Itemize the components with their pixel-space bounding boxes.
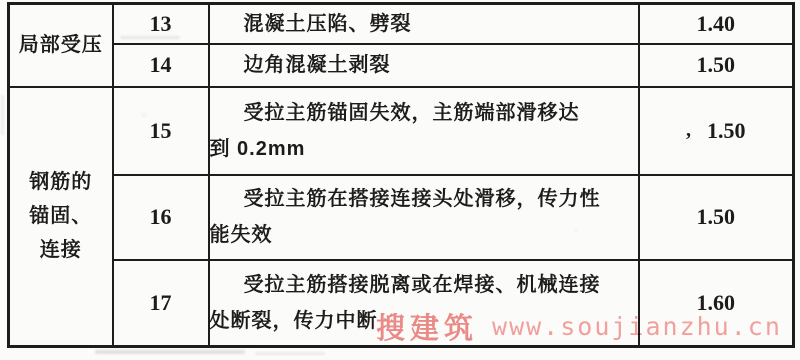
table-row: 钢筋的 锚固、 连接 15 受拉主筋锚固失效，主筋端部滑移达 到 0.2mm ,… [9,87,794,175]
category-label-line: 钢筋的 [10,165,112,199]
scan-smudge [255,352,325,355]
description-line: 受拉主筋搭接脱离或在焊接、机械连接 [210,267,638,303]
coefficient-cell: 1.40 [639,4,794,44]
description-cell: 混凝土压陷、劈裂 [209,4,639,44]
table-row: 16 受拉主筋在搭接连接头处滑移，传力性 能失效 1.50 [9,175,794,260]
scanned-table-page: 局部受压 13 混凝土压陷、劈裂 1.40 14 边角混凝土剥裂 1.50 [0,0,800,360]
category-cell-local-compression: 局部受压 [9,4,113,87]
coefficient-cell: 1.60 [639,260,794,347]
category-label: 局部受压 [10,28,112,62]
description-line: 受拉主筋在搭接连接头处滑移，传力性 [210,181,638,217]
scan-smudge [95,350,245,354]
scan-smudge [120,36,180,39]
description-line: 边角混凝土剥裂 [210,47,638,83]
description-line: 能失效 [210,217,638,253]
coefficient-cell: 1.50 [639,44,794,87]
row-number-cell: 16 [113,175,209,260]
scan-artifact-comma: , [686,119,691,142]
coefficient-cell: ,1.50 [639,87,794,175]
coefficient-value: 1.50 [697,204,736,229]
category-label-line: 锚固、 [10,199,112,233]
description-cell: 受拉主筋锚固失效，主筋端部滑移达 到 0.2mm [209,87,639,175]
coefficient-value: 1.50 [697,52,736,77]
coefficient-value: 1.40 [697,11,736,36]
table-row: 14 边角混凝土剥裂 1.50 [9,44,794,87]
scan-smudge [1,95,4,135]
coefficient-value: 1.60 [697,290,736,315]
description-line: 处断裂，传力中断 [210,303,638,339]
coefficient-cell: 1.50 [639,175,794,260]
row-number-cell: 14 [113,44,209,87]
category-cell-rebar-anchorage: 钢筋的 锚固、 连接 [9,87,113,347]
description-cell: 受拉主筋在搭接连接头处滑移，传力性 能失效 [209,175,639,260]
description-cell: 受拉主筋搭接脱离或在焊接、机械连接 处断裂，传力中断 [209,260,639,347]
description-line: 到 0.2mm [210,131,638,167]
description-cell: 边角混凝土剥裂 [209,44,639,87]
damage-coefficient-table: 局部受压 13 混凝土压陷、劈裂 1.40 14 边角混凝土剥裂 1.50 [7,2,795,348]
row-number-cell: 17 [113,260,209,347]
description-line: 混凝土压陷、劈裂 [210,6,638,42]
table-row: 17 受拉主筋搭接脱离或在焊接、机械连接 处断裂，传力中断 1.60 [9,260,794,347]
description-line: 受拉主筋锚固失效，主筋端部滑移达 [210,95,638,131]
row-number-cell: 15 [113,87,209,175]
category-label-line: 连接 [10,233,112,267]
coefficient-value: 1.50 [707,118,746,143]
